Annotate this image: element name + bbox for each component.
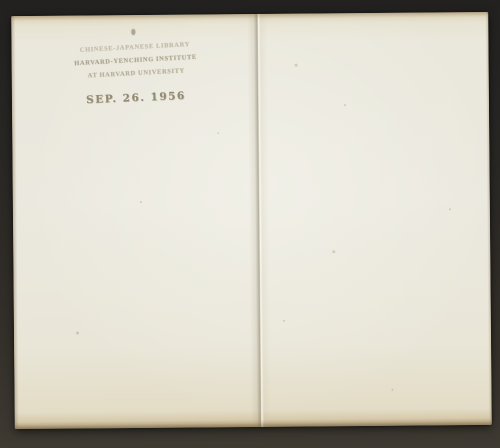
foxing-speck xyxy=(449,208,451,210)
page-gutter-fold xyxy=(247,14,271,427)
scanned-book-spread: CHINESE-JAPANESE LIBRARY HARVARD-YENCHIN… xyxy=(0,0,500,448)
accession-date-stamp: SEP. 26. 1956 xyxy=(70,88,202,108)
ink-smudge xyxy=(131,29,135,35)
foxing-speck xyxy=(76,332,79,335)
foxing-speck xyxy=(283,320,285,322)
foxing-speck xyxy=(332,250,335,253)
library-ownership-stamp: CHINESE-JAPANESE LIBRARY HARVARD-YENCHIN… xyxy=(71,38,201,84)
foxing-speck xyxy=(344,104,346,106)
book-flyleaf-pages: CHINESE-JAPANESE LIBRARY HARVARD-YENCHIN… xyxy=(11,12,492,429)
right-page xyxy=(254,12,492,427)
foxing-speck xyxy=(295,64,298,67)
left-page: CHINESE-JAPANESE LIBRARY HARVARD-YENCHIN… xyxy=(11,14,254,429)
foxing-speck xyxy=(217,132,219,134)
foxing-speck xyxy=(391,389,393,391)
foxing-speck xyxy=(140,201,142,203)
